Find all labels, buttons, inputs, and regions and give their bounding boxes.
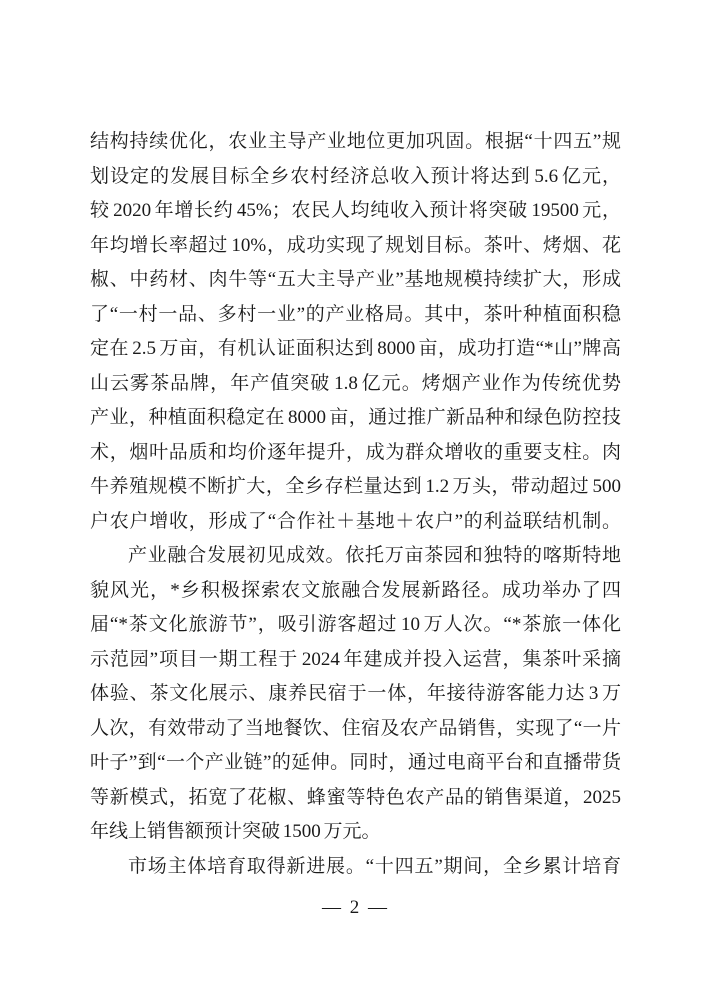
text-line: 人次，有效带动了当地餐饮、住宿及农产品销售，实现了“一片: [90, 712, 621, 747]
text-line: 户农户增收，形成了“合作社＋基地＋农户”的利益联结机制。: [90, 505, 621, 540]
page-footer: — 2 —: [0, 893, 711, 923]
text-line: 术，烟叶品质和均价逐年提升，成为群众增收的重要支柱。肉: [90, 436, 621, 471]
page-number: — 2 —: [322, 893, 389, 923]
text-line: 较 2020 年增长约 45%；农民人均纯收入预计将突破 19500 元，: [90, 194, 621, 229]
text-line: 划设定的发展目标全乡农村经济总收入预计将达到 5.6 亿元，: [90, 160, 621, 195]
text-line: 了“一村一品、多村一业”的产业格局。其中，茶叶种植面积稳: [90, 298, 621, 333]
text-line: 貌风光，*乡积极探索农文旅融合发展新路径。成功举办了四: [90, 574, 621, 609]
text-line: 定在 2.5 万亩，有机认证面积达到 8000 亩，成功打造“*山”牌高: [90, 332, 621, 367]
text-line: 年均增长率超过 10%，成功实现了规划目标。茶叶、烤烟、花: [90, 229, 621, 264]
text-line-paragraph-start: 产业融合发展初见成效。依托万亩茶园和独特的喀斯特地: [90, 539, 621, 574]
text-line: 产业，种植面积稳定在 8000 亩，通过推广新品种和绿色防控技: [90, 401, 621, 436]
text-line-paragraph-start: 市场主体培育取得新进展。“十四五”期间，全乡累计培育: [90, 850, 621, 885]
text-line: 等新模式，拓宽了花椒、蜂蜜等特色农产品的销售渠道，2025: [90, 781, 621, 816]
document-body: 结构持续优化，农业主导产业地位更加巩固。根据“十四五”规 划设定的发展目标全乡农…: [90, 125, 621, 884]
text-line: 届“*茶文化旅游节”，吸引游客超过 10 万人次。“*茶旅一体化: [90, 608, 621, 643]
document-page: 结构持续优化，农业主导产业地位更加巩固。根据“十四五”规 划设定的发展目标全乡农…: [0, 0, 711, 1006]
text-line: 体验、茶文化展示、康养民宿于一体，年接待游客能力达 3 万: [90, 677, 621, 712]
text-line: 结构持续优化，农业主导产业地位更加巩固。根据“十四五”规: [90, 125, 621, 160]
text-line: 椒、中药材、肉牛等“五大主导产业”基地规模持续扩大，形成: [90, 263, 621, 298]
text-line: 牛养殖规模不断扩大，全乡存栏量达到 1.2 万头，带动超过 500: [90, 470, 621, 505]
text-line: 山云雾茶品牌，年产值突破 1.8 亿元。烤烟产业作为传统优势: [90, 367, 621, 402]
text-line-paragraph-end: 年线上销售额预计突破 1500 万元。: [90, 815, 621, 850]
text-line: 叶子”到“一个产业链”的延伸。同时，通过电商平台和直播带货: [90, 746, 621, 781]
text-line: 示范园”项目一期工程于 2024 年建成并投入运营，集茶叶采摘: [90, 643, 621, 678]
